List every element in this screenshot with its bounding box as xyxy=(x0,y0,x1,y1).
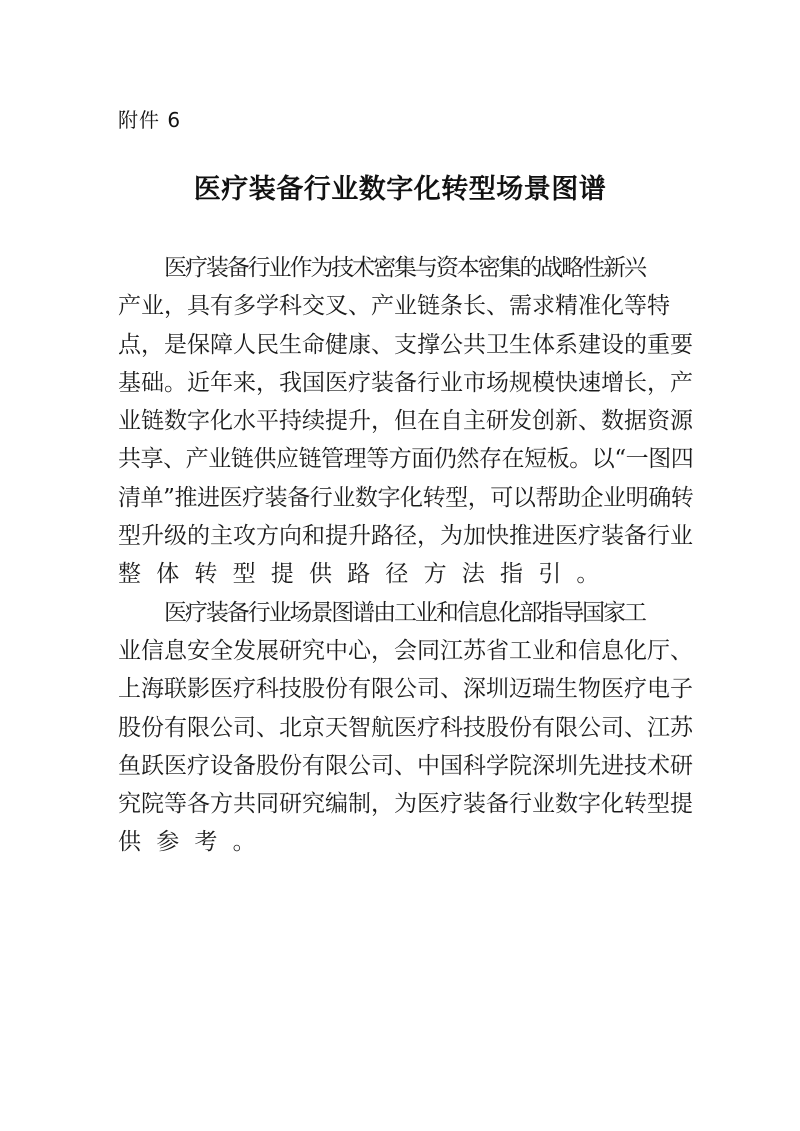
attachment-label: 附件 6 xyxy=(118,106,181,134)
document-title: 医疗装备行业数字化转型场景图谱 xyxy=(0,172,800,208)
document-page: 附件 6 医疗装备行业数字化转型场景图谱 医疗装备行业作为技术密集与资本密集的战… xyxy=(0,0,800,1131)
text-line: 共享、产业链供应链管理等方面仍然存在短板。以“一图四 xyxy=(118,440,694,478)
text-line: 业链数字化水平持续提升，但在自主研发创新、数据资源 xyxy=(118,402,694,440)
paragraph-authors: 医疗装备行业场景图谱由工业和信息化部指导国家工 业信息安全发展研究中心，会同江苏… xyxy=(118,594,694,862)
text-line: 医疗装备行业场景图谱由工业和信息化部指导国家工 xyxy=(118,594,694,632)
text-line: 清单”推进医疗装备行业数字化转型，可以帮助企业明确转 xyxy=(118,479,694,517)
text-line: 点，是保障人民生命健康、支撑公共卫生体系建设的重要 xyxy=(118,326,694,364)
text-line: 业信息安全发展研究中心，会同江苏省工业和信息化厅、 xyxy=(118,632,694,670)
text-line: 基础。近年来，我国医疗装备行业市场规模快速增长，产 xyxy=(118,364,694,402)
text-line: 供参考。 xyxy=(118,823,694,861)
text-line: 产业，具有多学科交叉、产业链条长、需求精准化等特 xyxy=(118,287,694,325)
text-line: 股份有限公司、北京天智航医疗科技股份有限公司、江苏 xyxy=(118,709,694,747)
text-line: 上海联影医疗科技股份有限公司、深圳迈瑞生物医疗电子 xyxy=(118,670,694,708)
document-body: 医疗装备行业作为技术密集与资本密集的战略性新兴 产业，具有多学科交叉、产业链条长… xyxy=(118,249,694,862)
text-line: 整体转型提供路径方法指引。 xyxy=(118,555,694,593)
paragraph-intro: 医疗装备行业作为技术密集与资本密集的战略性新兴 产业，具有多学科交叉、产业链条长… xyxy=(118,249,694,594)
text-line: 究院等各方共同研究编制，为医疗装备行业数字化转型提 xyxy=(118,785,694,823)
text-line: 医疗装备行业作为技术密集与资本密集的战略性新兴 xyxy=(118,249,694,287)
text-line: 鱼跃医疗设备股份有限公司、中国科学院深圳先进技术研 xyxy=(118,747,694,785)
text-line: 型升级的主攻方向和提升路径，为加快推进医疗装备行业 xyxy=(118,517,694,555)
